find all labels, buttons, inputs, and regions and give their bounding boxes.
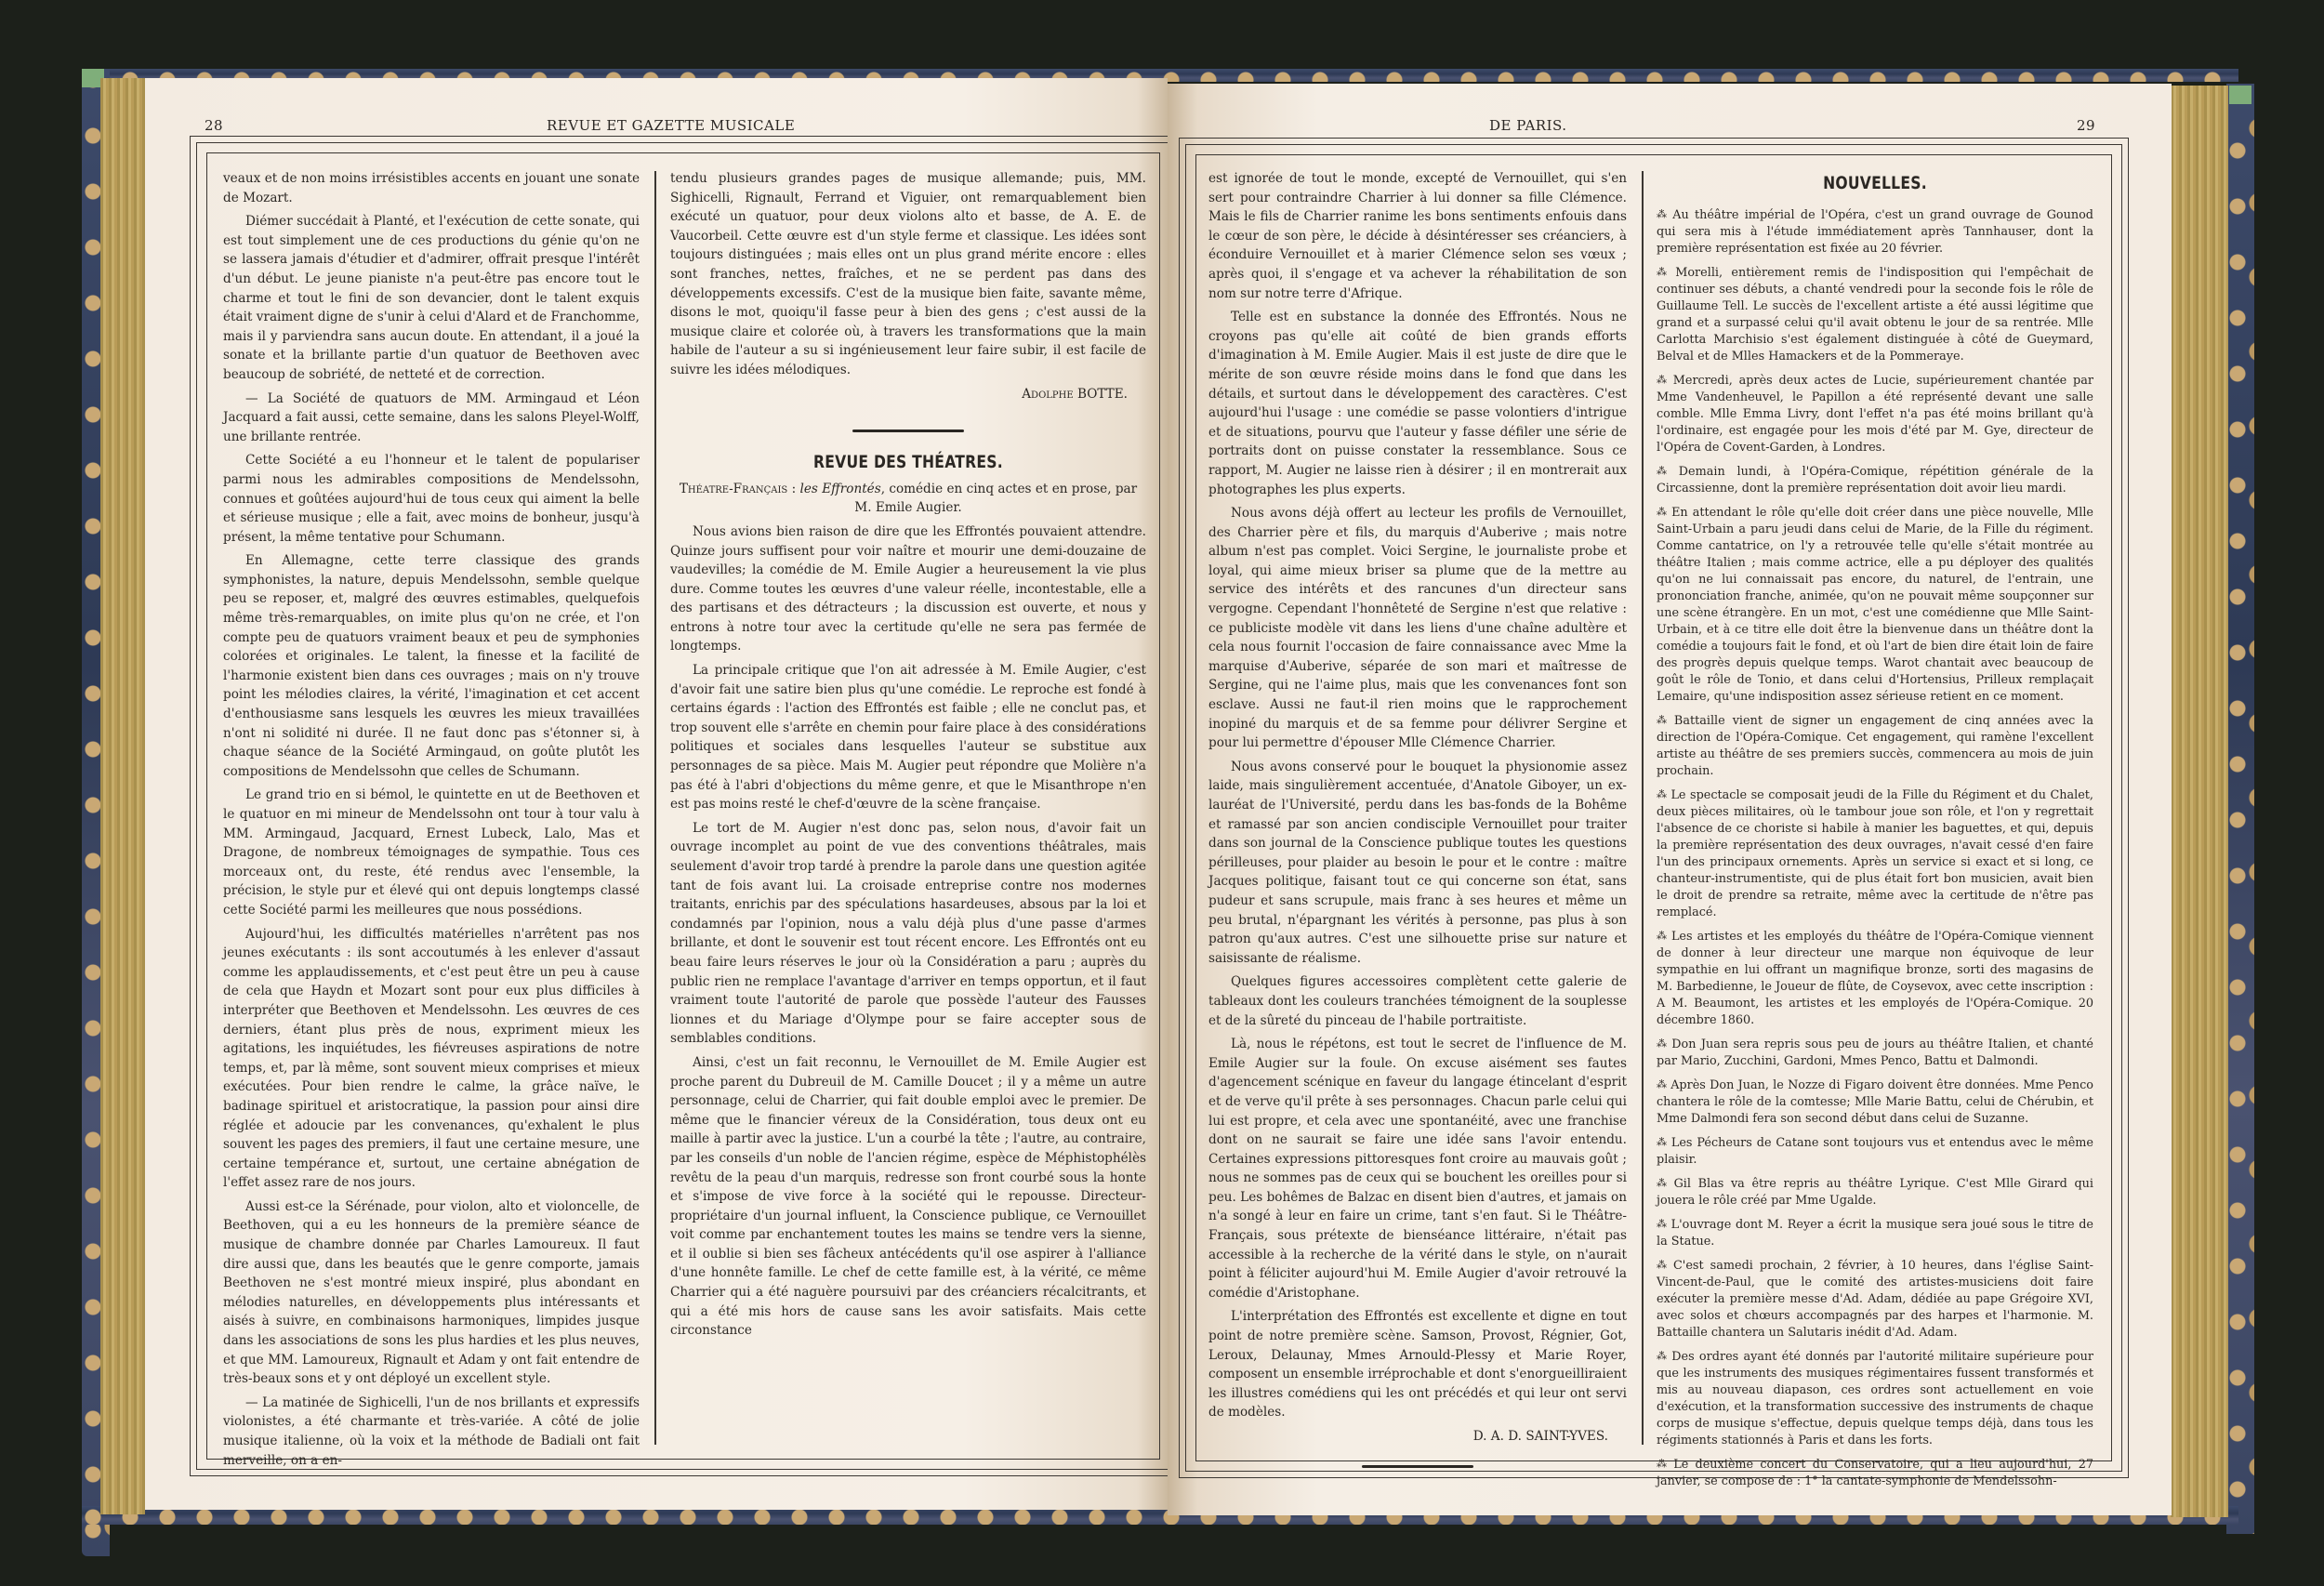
play-title: les Effrontés xyxy=(800,482,881,496)
paragraph: Quelques figures accessoires complètent … xyxy=(1208,972,1627,1030)
asterism-icon: ⁂ xyxy=(1657,714,1670,726)
news-item: ⁂Mercredi, après deux actes de Lucie, su… xyxy=(1657,372,2093,456)
right-page-column-1: est ignorée de tout le monde, excepté de… xyxy=(1208,169,1627,1487)
running-head-left: REVUE ET GAZETTE MUSICALE xyxy=(547,117,795,134)
signature-saint-yves: D. A. D. SAINT-YVES. xyxy=(1208,1427,1608,1447)
asterism-icon: ⁂ xyxy=(1657,266,1671,278)
section-title-nouvelles: NOUVELLES. xyxy=(1696,175,2053,192)
news-item: ⁂C'est samedi prochain, 2 février, à 10 … xyxy=(1657,1257,2093,1341)
asterism-icon: ⁂ xyxy=(1657,1218,1668,1230)
review-subtitle: Théatre-Français : les Effrontés, comédi… xyxy=(670,480,1146,518)
section-divider xyxy=(852,430,964,432)
paragraph: Aussi est-ce la Sérénade, pour violon, a… xyxy=(223,1197,640,1389)
column-rule xyxy=(654,171,656,1445)
paragraph: tendu plusieurs grandes pages de musique… xyxy=(670,169,1146,380)
asterism-icon: ⁂ xyxy=(1657,208,1669,220)
news-item: ⁂Morelli, entièrement remis de l'indispo… xyxy=(1657,264,2093,365)
news-item: ⁂Don Juan sera repris sous peu de jours … xyxy=(1657,1036,2093,1070)
paragraph: La principale critique que l'on ait adre… xyxy=(670,661,1146,814)
paragraph: Nous avions bien raison de dire que les … xyxy=(670,522,1146,656)
asterism-icon: ⁂ xyxy=(1657,1078,1667,1090)
asterism-icon: ⁂ xyxy=(1657,1136,1668,1148)
asterism-icon: ⁂ xyxy=(1657,465,1675,477)
subtitle-rest: , comédie en cinq actes et en prose, par… xyxy=(854,482,1137,516)
paragraph: est ignorée de tout le monde, excepté de… xyxy=(1208,169,1627,303)
news-item: ⁂Les Pécheurs de Catane sont toujours vu… xyxy=(1657,1134,2093,1169)
left-page: 28 REVUE ET GAZETTE MUSICALE veaux et de… xyxy=(145,78,1168,1510)
news-item: ⁂Les artistes et les employés du théâtre… xyxy=(1657,928,2093,1029)
paragraph: — La Société de quatuors de MM. Armingau… xyxy=(223,390,640,447)
paragraph: Le tort de M. Augier n'est donc pas, sel… xyxy=(670,819,1146,1049)
news-item: ⁂Après Don Juan, le Nozze di Figaro doiv… xyxy=(1657,1077,2093,1128)
paragraph: Là, nous le répétons, est tout le secret… xyxy=(1208,1035,1627,1302)
paragraph: Telle est en substance la donnée des Eff… xyxy=(1208,308,1627,499)
paragraph: Cette Société a eu l'honneur et le talen… xyxy=(223,451,640,547)
asterism-icon: ⁂ xyxy=(1657,506,1668,518)
paragraph: Ainsi, c'est un fait reconnu, le Vernoui… xyxy=(670,1053,1146,1341)
news-item: ⁂Le deuxième concert du Conservatoire, q… xyxy=(1657,1456,2093,1490)
asterism-icon: ⁂ xyxy=(1657,1458,1670,1470)
news-item: ⁂Gil Blas va être repris au théâtre Lyri… xyxy=(1657,1175,2093,1209)
page-edges-left xyxy=(100,78,145,1514)
cover-corner-right xyxy=(2229,86,2251,104)
paragraph: veaux et de non moins irrésistibles acce… xyxy=(223,169,640,207)
paragraph: Aujourd'hui, les difficultés matérielles… xyxy=(223,925,640,1193)
book-cover-right xyxy=(2226,84,2254,1534)
running-head-right: DE PARIS. xyxy=(1489,117,1567,134)
paragraph: Diémer succédait à Planté, et l'exécutio… xyxy=(223,212,640,384)
left-page-column-1: veaux et de non moins irrésistibles acce… xyxy=(223,169,640,1474)
left-page-column-2: tendu plusieurs grandes pages de musique… xyxy=(670,169,1146,1345)
asterism-icon: ⁂ xyxy=(1657,788,1667,800)
theatre-name: Théatre-Français : xyxy=(680,482,796,496)
asterism-icon: ⁂ xyxy=(1657,1259,1670,1271)
paragraph: Nous avons conservé pour le bouquet la p… xyxy=(1208,758,1627,969)
page-number-left: 28 xyxy=(205,117,223,134)
paragraph: Le grand trio en si bémol, le quintette … xyxy=(223,786,640,919)
section-title-revue-des-theatres: REVUE DES THÉATRES. xyxy=(713,453,1103,472)
asterism-icon: ⁂ xyxy=(1657,374,1670,386)
news-item: ⁂En attendant le rôle qu'elle doit créer… xyxy=(1657,504,2093,706)
paragraph: — La matinée de Sighicelli, l'un de nos … xyxy=(223,1394,640,1470)
page-number-right: 29 xyxy=(2077,117,2095,134)
news-item: ⁂Battaille vient de signer un engagement… xyxy=(1657,712,2093,780)
paragraph: Nous avons déjà offert au lecteur les pr… xyxy=(1208,504,1627,753)
news-item: ⁂L'ouvrage dont M. Reyer a écrit la musi… xyxy=(1657,1216,2093,1250)
asterism-icon: ⁂ xyxy=(1657,930,1668,942)
paragraph: En Allemagne, cette terre classique des … xyxy=(223,551,640,781)
paragraph: L'interprétation des Effrontés est excel… xyxy=(1208,1307,1627,1422)
column-rule xyxy=(1642,171,1644,1445)
news-item: ⁂Des ordres ayant été donnés par l'autor… xyxy=(1657,1348,2093,1449)
news-item: ⁂Au théâtre impérial de l'Opéra, c'est u… xyxy=(1657,206,2093,258)
asterism-icon: ⁂ xyxy=(1657,1350,1668,1362)
page-edges-right xyxy=(2171,86,2228,1517)
news-item: ⁂Le spectacle se composait jeudi de la F… xyxy=(1657,786,2093,921)
right-page-column-2-nouvelles: NOUVELLES. ⁂Au théâtre impérial de l'Opé… xyxy=(1657,169,2093,1497)
asterism-icon: ⁂ xyxy=(1657,1177,1670,1189)
section-divider xyxy=(1362,1465,1473,1468)
right-page: DE PARIS. 29 est ignorée de tout le mond… xyxy=(1168,84,2172,1515)
signature-botte: Adolphe BOTTE. xyxy=(670,385,1128,404)
news-item: ⁂Demain lundi, à l'Opéra-Comique, répéti… xyxy=(1657,463,2093,497)
asterism-icon: ⁂ xyxy=(1657,1038,1668,1050)
